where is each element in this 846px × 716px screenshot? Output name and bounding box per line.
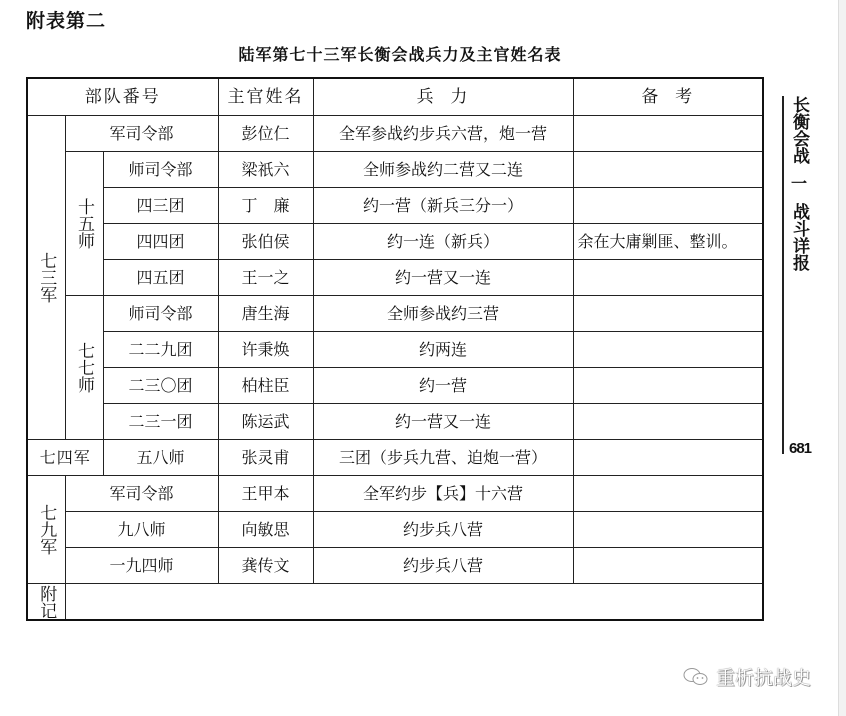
unit-cell: 四四团 bbox=[103, 224, 218, 260]
strength-cell: 全师参战约三营 bbox=[313, 296, 573, 332]
corps79-label: 七九军 bbox=[37, 504, 55, 555]
commander-cell: 梁祇六 bbox=[218, 152, 313, 188]
notes-row: 附记 bbox=[27, 584, 763, 621]
unit-cell: 师司令部 bbox=[103, 152, 218, 188]
corps79-label-cell: 七九军 bbox=[27, 476, 65, 584]
scroll-edge bbox=[838, 0, 846, 716]
strength-cell: 全军参战约步兵六营，炮一营 bbox=[313, 116, 573, 152]
page-number: 681 bbox=[789, 440, 811, 457]
remarks-cell bbox=[573, 332, 763, 368]
div77-label: 七七师 bbox=[75, 342, 93, 393]
corps73-label-cell: 七三军 bbox=[27, 116, 65, 440]
remarks-cell bbox=[573, 368, 763, 404]
div15-label: 十五师 bbox=[75, 198, 93, 249]
corps73-label: 七三军 bbox=[37, 252, 55, 303]
unit-cell: 五八师 bbox=[103, 440, 218, 476]
appendix-label: 附表第二 bbox=[26, 6, 106, 33]
strength-cell: 约一营（新兵三分一） bbox=[313, 188, 573, 224]
commander-cell: 柏柱臣 bbox=[218, 368, 313, 404]
table-row: 一九四师 龚传文 约步兵八营 bbox=[27, 548, 763, 584]
header-strength: 兵 力 bbox=[313, 78, 573, 116]
strength-cell: 三团（步兵九营、迫炮一营） bbox=[313, 440, 573, 476]
running-title-part1: 长衡会战 bbox=[790, 96, 808, 164]
remarks-cell bbox=[573, 404, 763, 440]
watermark: 重析抗战史 bbox=[682, 663, 811, 690]
remarks-cell bbox=[573, 476, 763, 512]
commander-cell: 许秉焕 bbox=[218, 332, 313, 368]
unit-cell: 二三〇团 bbox=[103, 368, 218, 404]
commander-cell: 张灵甫 bbox=[218, 440, 313, 476]
running-title-dash: 一 bbox=[789, 174, 809, 193]
remarks-cell bbox=[573, 116, 763, 152]
unit-cell: 二三一团 bbox=[103, 404, 218, 440]
running-title-part2: 战斗详报 bbox=[790, 203, 808, 271]
unit-cell: 军司令部 bbox=[65, 476, 218, 512]
unit-cell: 四五团 bbox=[103, 260, 218, 296]
commander-cell: 陈运武 bbox=[218, 404, 313, 440]
unit-cell: 四三团 bbox=[103, 188, 218, 224]
remarks-cell bbox=[573, 440, 763, 476]
unit-cell: 一九四师 bbox=[65, 548, 218, 584]
table-row: 二三一团 陈运武 约一营又一连 bbox=[27, 404, 763, 440]
corps74-label: 七四军 bbox=[27, 440, 103, 476]
strength-cell: 约步兵八营 bbox=[313, 512, 573, 548]
header-remarks: 备 考 bbox=[573, 78, 763, 116]
remarks-cell bbox=[573, 296, 763, 332]
table-row: 七七师 师司令部 唐生海 全师参战约三营 bbox=[27, 296, 763, 332]
commander-cell: 龚传文 bbox=[218, 548, 313, 584]
commander-cell: 王一之 bbox=[218, 260, 313, 296]
table-row: 四四团 张伯侯 约一连（新兵） 余在大庸剿匪、整训。 bbox=[27, 224, 763, 260]
wechat-icon bbox=[682, 666, 710, 688]
unit-cell: 二二九团 bbox=[103, 332, 218, 368]
notes-content bbox=[65, 584, 763, 621]
notes-label: 附记 bbox=[37, 585, 55, 619]
running-title: 长衡会战 一 战斗详报 bbox=[789, 96, 809, 271]
remarks-cell: 余在大庸剿匪、整训。 bbox=[573, 224, 763, 260]
commander-cell: 丁 廉 bbox=[218, 188, 313, 224]
strength-cell: 约一营又一连 bbox=[313, 404, 573, 440]
remarks-cell bbox=[573, 512, 763, 548]
strength-cell: 全师参战约二营又二连 bbox=[313, 152, 573, 188]
strength-cell: 约两连 bbox=[313, 332, 573, 368]
unit-cell: 九八师 bbox=[65, 512, 218, 548]
table-row: 七三军 军司令部 彭位仁 全军参战约步兵六营，炮一营 bbox=[27, 116, 763, 152]
header-unit: 部队番号 bbox=[27, 78, 218, 116]
strength-cell: 约步兵八营 bbox=[313, 548, 573, 584]
remarks-cell bbox=[573, 152, 763, 188]
commander-cell: 张伯侯 bbox=[218, 224, 313, 260]
header-commander: 主官姓名 bbox=[218, 78, 313, 116]
strength-cell: 约一营又一连 bbox=[313, 260, 573, 296]
commander-cell: 向敏思 bbox=[218, 512, 313, 548]
table-row: 四五团 王一之 约一营又一连 bbox=[27, 260, 763, 296]
table-row: 十五师 师司令部 梁祇六 全师参战约二营又二连 bbox=[27, 152, 763, 188]
table-row: 二二九团 许秉焕 约两连 bbox=[27, 332, 763, 368]
remarks-cell bbox=[573, 260, 763, 296]
watermark-text: 重析抗战史 bbox=[716, 663, 811, 690]
div15-label-cell: 十五师 bbox=[65, 152, 103, 296]
commander-cell: 王甲本 bbox=[218, 476, 313, 512]
table-row: 七四军 五八师 张灵甫 三团（步兵九营、迫炮一营） bbox=[27, 440, 763, 476]
unit-cell: 师司令部 bbox=[103, 296, 218, 332]
margin-rule bbox=[782, 96, 784, 454]
table-title-text: 陆军第七十三军长衡会战兵力及主官姓名表 bbox=[238, 45, 561, 64]
table-row: 七九军 军司令部 王甲本 全军约步【兵】十六营 bbox=[27, 476, 763, 512]
table-row: 九八师 向敏思 约步兵八营 bbox=[27, 512, 763, 548]
div77-label-cell: 七七师 bbox=[65, 296, 103, 440]
strength-cell: 约一连（新兵） bbox=[313, 224, 573, 260]
strength-cell: 全军约步【兵】十六营 bbox=[313, 476, 573, 512]
unit-cell: 军司令部 bbox=[65, 116, 218, 152]
commander-cell: 彭位仁 bbox=[218, 116, 313, 152]
remarks-cell bbox=[573, 188, 763, 224]
notes-label-cell: 附记 bbox=[27, 584, 65, 621]
strength-cell: 约一营 bbox=[313, 368, 573, 404]
table-row: 四三团 丁 廉 约一营（新兵三分一） bbox=[27, 188, 763, 224]
header-row: 部队番号 主官姓名 兵 力 备 考 bbox=[27, 78, 763, 116]
forces-table: 部队番号 主官姓名 兵 力 备 考 七三军 军司令部 彭位仁 全军参战约步兵六营… bbox=[26, 77, 764, 621]
remarks-cell bbox=[573, 548, 763, 584]
commander-cell: 唐生海 bbox=[218, 296, 313, 332]
table-title: 陆军第七十三军长衡会战兵力及主官姓名表 bbox=[0, 42, 800, 65]
table-row: 二三〇团 柏柱臣 约一营 bbox=[27, 368, 763, 404]
